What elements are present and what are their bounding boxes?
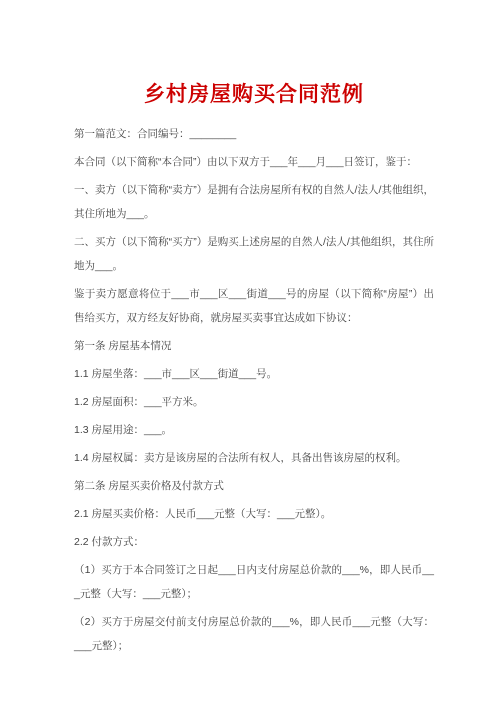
paragraph-article1-heading: 第一条 房屋基本情况	[74, 334, 434, 358]
paragraph-clause-1-1-location: 1.1 房屋坐落：___市___区___街道___号。	[74, 362, 434, 386]
paragraph-clause-2-2-payment: 2.2 付款方式：	[74, 530, 434, 554]
paragraph-buyer-definition: 二、买方（以下简称“买方”）是购买上述房屋的自然人/法人/其他组织，其住所地为_…	[74, 230, 434, 278]
paragraph-preamble: 本合同（以下简称“本合同”）由以下双方于___年___月___日签订，鉴于：	[74, 150, 434, 174]
paragraph-clause-1-2-area: 1.2 房屋面积：___平方米。	[74, 390, 434, 414]
paragraph-clause-2-1-price: 2.1 房屋买卖价格：人民币___元整（大写：___元整）。	[74, 502, 434, 526]
paragraph-payment-step-1: （1）买方于本合同签订之日起___日内支付房屋总价款的___%，即人民币___元…	[74, 558, 434, 606]
paragraph-payment-step-2: （2）买方于房屋交付前支付房屋总价款的___%，即人民币___元整（大写：___…	[74, 610, 434, 658]
paragraph-article2-heading: 第二条 房屋买卖价格及付款方式	[74, 474, 434, 498]
document-page: 乡村房屋购买合同范例 第一篇范文：合同编号：________ 本合同（以下简称“…	[0, 0, 500, 707]
paragraph-clause-1-4-ownership: 1.4 房屋权属：卖方是该房屋的合法所有权人，具备出售该房屋的权利。	[74, 446, 434, 470]
paragraph-whereas-clause: 鉴于卖方愿意将位于___市___区___街道___号的房屋（以下简称“房屋”）出…	[74, 282, 434, 330]
paragraph-ref-contract-number: 第一篇范文：合同编号：________	[74, 122, 434, 146]
document-title: 乡村房屋购买合同范例	[74, 80, 434, 110]
paragraph-clause-1-3-usage: 1.3 房屋用途：___。	[74, 418, 434, 442]
paragraph-seller-definition: 一、卖方（以下简称“卖方”）是拥有合法房屋所有权的自然人/法人/其他组织，其住所…	[74, 178, 434, 226]
